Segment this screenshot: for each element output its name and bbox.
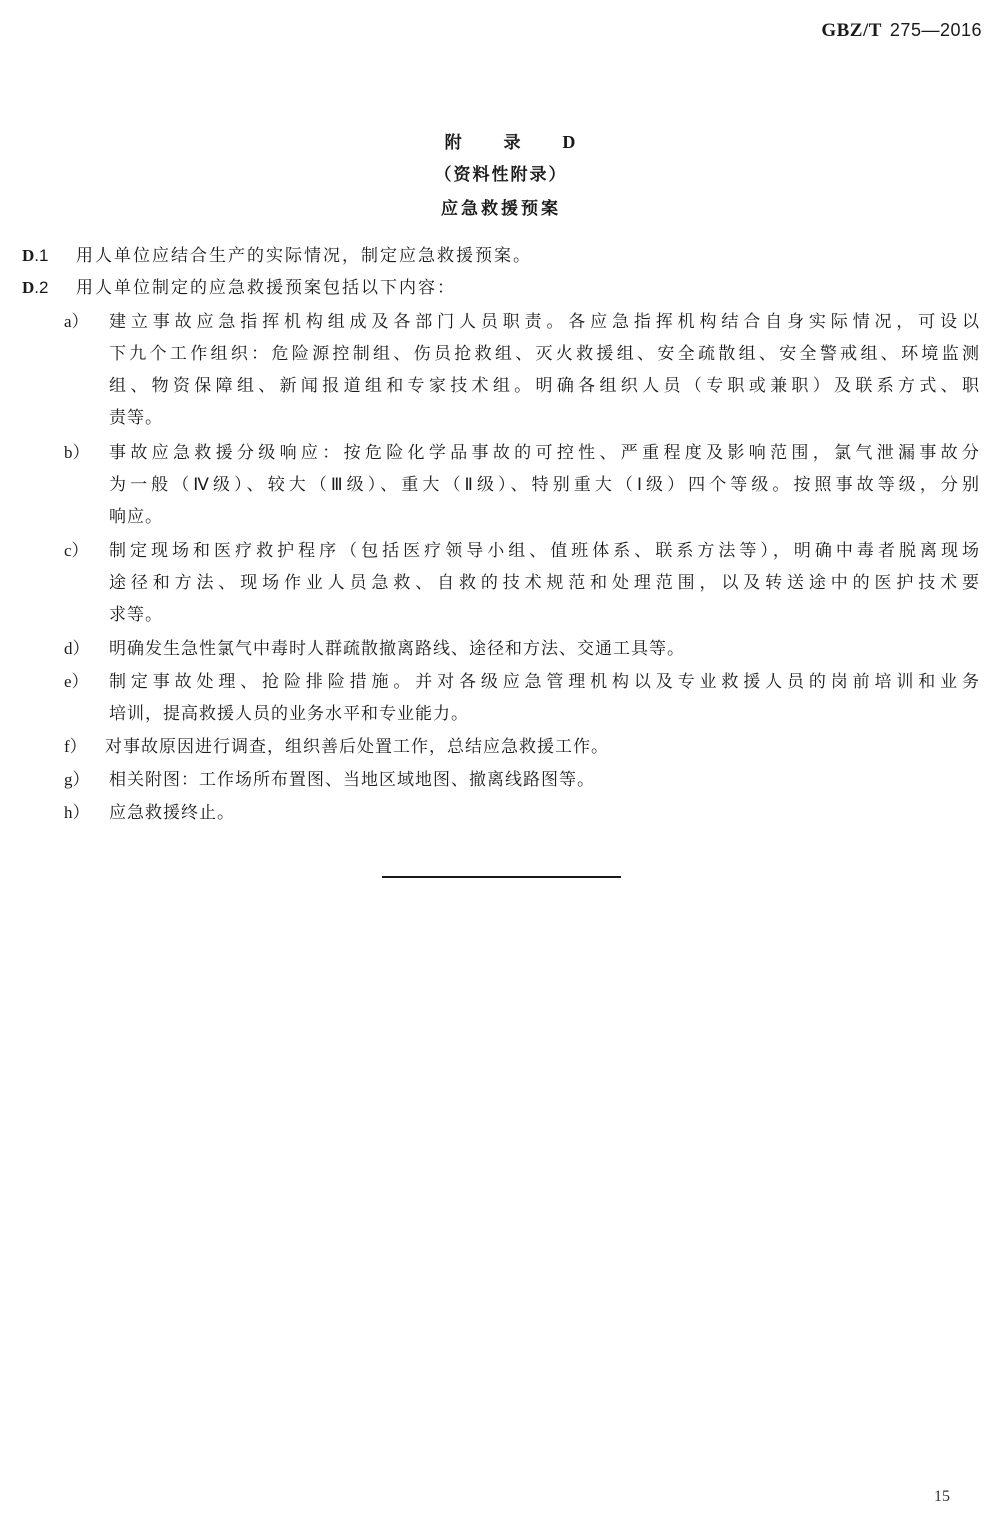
item-line: 明确发生急性氯气中毒时人群疏散撤离路线、途径和方法、交通工具等。 — [109, 633, 980, 665]
item-line: 事故应急救援分级响应：按危险化学品事故的可控性、严重程度及影响范围，氯气泄漏事故… — [109, 437, 980, 469]
page-number: 15 — [934, 1488, 950, 1506]
appendix-letter: D — [562, 132, 575, 152]
item-label: f） — [64, 731, 87, 763]
item-label: a） — [64, 306, 89, 338]
standard-code: GBZ/T275—2016 — [821, 20, 982, 42]
item-line: 相关附图：工作场所布置图、当地区域地图、撤离线路图等。 — [109, 764, 980, 796]
list-item-a: a） 建立事故应急指挥机构组成及各部门人员职责。各应急指挥机构结合自身实际情况，… — [64, 306, 980, 434]
item-line: 下九个工作组织：危险源控制组、伤员抢救组、灭火救援组、安全疏散组、安全警戒组、环… — [109, 338, 980, 370]
list-item-d: d） 明确发生急性氯气中毒时人群疏散撤离路线、途径和方法、交通工具等。 — [64, 633, 980, 665]
item-label: g） — [64, 764, 90, 796]
item-line: 组、物资保障组、新闻报道组和专家技术组。明确各组织人员（专职或兼职）及联系方式、… — [109, 370, 980, 402]
item-label: c） — [64, 535, 89, 567]
list-item-h: h） 应急救援终止。 — [64, 797, 980, 829]
standard-prefix: GBZ/T — [821, 20, 882, 41]
item-line: 责等。 — [109, 402, 980, 434]
item-line: 求等。 — [109, 599, 980, 631]
clause-text: 用人单位制定的应急救援预案包括以下内容： — [76, 278, 456, 298]
item-label: b） — [64, 437, 90, 469]
item-line: 响应。 — [109, 501, 980, 533]
clause-d1: D.1用人单位应结合生产的实际情况，制定应急救援预案。 — [22, 240, 532, 272]
appendix-label: 附 录 D — [0, 128, 1002, 153]
standard-number: 275—2016 — [890, 20, 982, 40]
appendix-nature: （资料性附录） — [0, 160, 1002, 185]
clause-d2: D.2用人单位制定的应急救援预案包括以下内容： — [22, 272, 456, 304]
item-line: 制定现场和医疗救护程序（包括医疗领导小组、值班体系、联系方法等），明确中毒者脱离… — [109, 535, 980, 567]
appendix-title: 应急救援预案 — [0, 194, 1002, 219]
clause-text: 用人单位应结合生产的实际情况，制定应急救援预案。 — [76, 246, 532, 266]
list-item-g: g） 相关附图：工作场所布置图、当地区域地图、撤离线路图等。 — [64, 764, 980, 796]
item-line: 途径和方法、现场作业人员急救、自救的技术规范和处理范围，以及转送途中的医护技术要 — [109, 567, 980, 599]
item-label: d） — [64, 633, 90, 665]
item-line: 为一般（Ⅳ级）、较大（Ⅲ级）、重大（Ⅱ级）、特别重大（Ⅰ级）四个等级。按照事故等… — [109, 469, 980, 501]
appendix-word: 附 录 — [445, 133, 539, 153]
item-label: e） — [64, 666, 89, 698]
list-item-b: b） 事故应急救援分级响应：按危险化学品事故的可控性、严重程度及影响范围，氯气泄… — [64, 437, 980, 533]
item-label: h） — [64, 797, 90, 829]
clause-number: D.1 — [22, 240, 76, 272]
clause-number: D.2 — [22, 272, 76, 304]
list-item-f: f） 对事故原因进行调查，组织善后处置工作，总结应急救援工作。 — [64, 731, 980, 763]
item-line: 制定事故处理、抢险排险措施。并对各级应急管理机构以及专业救援人员的岗前培训和业务 — [109, 666, 980, 698]
item-line: 培训，提高救援人员的业务水平和专业能力。 — [109, 698, 980, 730]
list-item-c: c） 制定现场和医疗救护程序（包括医疗领导小组、值班体系、联系方法等），明确中毒… — [64, 535, 980, 631]
item-line: 对事故原因进行调查，组织善后处置工作，总结应急救援工作。 — [105, 731, 980, 763]
end-of-appendix-rule — [382, 876, 621, 878]
item-line: 建立事故应急指挥机构组成及各部门人员职责。各应急指挥机构结合自身实际情况，可设以 — [109, 306, 980, 338]
item-line: 应急救援终止。 — [109, 797, 980, 829]
list-item-e: e） 制定事故处理、抢险排险措施。并对各级应急管理机构以及专业救援人员的岗前培训… — [64, 666, 980, 730]
